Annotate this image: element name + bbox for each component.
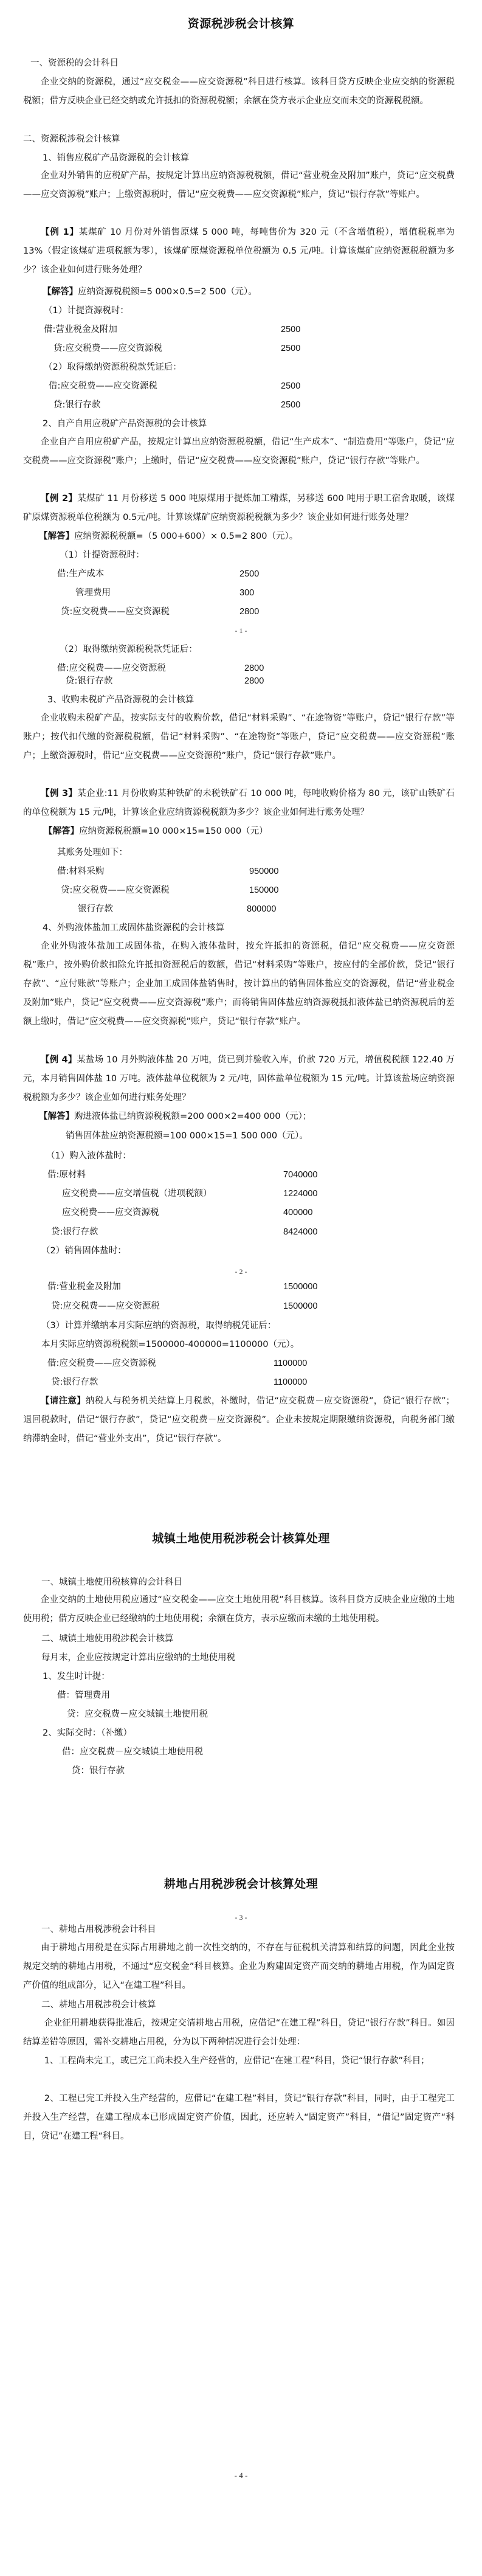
paragraph: 企业交纳的资源税，通过“应交税金——应交资源税”科目进行核算。该科目贷方反映企业… <box>23 73 455 111</box>
subsection-heading: 4、外购液体盐加工成固体盐资源税的会计核算 <box>43 922 224 934</box>
entry-amount: 1100000 <box>274 1357 307 1369</box>
step: （2）取得缴纳资源税税款凭证后： <box>44 361 182 373</box>
page-number: - 1 - <box>0 626 482 635</box>
answer: 【解答】应纳资源税税额=5 000×0.5=2 500（元）。 <box>43 286 257 298</box>
paragraph: 企业对外销售的应税矿产品，按规定计算出应纳资源税税额，借记“营业税金及附加”账户… <box>23 167 455 204</box>
answer-text: 应纳资源税税额=（5 000+600）× 0.5=2 800（元）。 <box>74 531 298 541</box>
paragraph: 企业征用耕地获得批准后，按规定交清耕地占用税，应借记“在建工程”科目，贷记“银行… <box>23 2014 455 2052</box>
paragraph: 企业外购液体盐加工成固体盐，在购入液体盐时，按允许抵扣的资源税，借记“应交税费—… <box>23 937 455 1031</box>
entry-account: 贷:应交税费——应交资源税 <box>51 1300 160 1312</box>
entry-account: 贷:应交税费——应交资源税 <box>61 606 170 618</box>
entry-amount: 2500 <box>239 568 259 580</box>
answer-text: 购进液体盐已纳资源税税额=200 000×2=400 000（元）； <box>74 1112 311 1121</box>
entry-account: 贷:应交税费——应交资源税 <box>61 884 170 896</box>
entry-amount: 2800 <box>244 662 264 674</box>
entry-account: 贷:银行存款 <box>51 1226 98 1238</box>
doc-title-land-use-tax: 城镇土地使用税涉税会计核算处理 <box>0 1529 482 1546</box>
entry-account: 贷：银行存款 <box>72 1765 125 1777</box>
entry-amount: 1224000 <box>283 1188 317 1200</box>
subsection-heading: 3、收购未税矿产品资源税的会计核算 <box>47 694 194 706</box>
section-heading: 二、资源税涉税会计核算 <box>23 133 120 145</box>
paragraph: 由于耕地占用税是在实际占用耕地之前一次性交纳的，不存在与征税机关清算和结算的问题… <box>23 1939 455 1995</box>
answer-label: 【解答】 <box>39 1112 74 1121</box>
paragraph: 企业收购未税矿产品，按实际支付的收购价款，借记“材料采购”、“在途物资”等账户，… <box>23 709 455 766</box>
answer-label: 【解答】 <box>39 531 74 541</box>
answer-label: 【解答】 <box>44 826 79 836</box>
entry-account: 应交税费——应交增值税（进项税额） <box>62 1188 212 1200</box>
page-number: - 2 - <box>0 1267 482 1276</box>
entry-amount: 8424000 <box>283 1226 317 1238</box>
entry-account: 借:营业税金及附加 <box>47 1281 121 1293</box>
entry-account: 贷:银行存款 <box>53 399 100 411</box>
entry-amount: 1500000 <box>283 1281 317 1293</box>
step: （1）计提资源税时： <box>60 549 145 561</box>
answer-text: 应纳资源税税额=5 000×0.5=2 500（元）。 <box>78 287 257 297</box>
entry-account: 借：管理费用 <box>57 1689 110 1702</box>
entry-amount: 7040000 <box>283 1169 317 1181</box>
list-item: 1、发生时计提： <box>43 1671 110 1683</box>
section-heading: 二、耕地占用税涉税会计核算 <box>41 1999 156 2011</box>
example-text: 某盐场 10 月外购液体盐 20 万吨，货已到并验收入库，价款 720 万元，增… <box>23 1055 455 1103</box>
calc: 本月实际应纳资源税税额=1500000-400000=1100000（元）。 <box>41 1338 299 1351</box>
example-4: 【例 4】某盐场 10 月外购液体盐 20 万吨，货已到并验收入库，价款 720… <box>23 1051 455 1107</box>
list-item: 1、工程尚未完工，或已完工尚未投入生产经营的，应借记“在建工程”科目，贷记“银行… <box>23 2052 455 2071</box>
entry-account: 贷:银行存款 <box>51 1376 98 1388</box>
entry-account: 贷:应交税费——应交资源税 <box>53 342 162 355</box>
section-heading: 一、资源税的会计科目 <box>30 57 119 69</box>
example-text: 某煤矿 10 月份对外销售原煤 5 000 吨，每吨售价为 320 元（不含增值… <box>23 227 455 275</box>
entry-amount: 2500 <box>281 342 300 355</box>
subsection-heading: 2、自产自用应税矿产品资源税的会计核算 <box>43 418 207 430</box>
entry-account: 借:材料采购 <box>57 865 104 878</box>
section-heading: 二、城镇土地使用税涉税会计核算 <box>41 1633 174 1645</box>
note-label: 【请注意】 <box>41 1396 86 1406</box>
example-label: 【例 3】 <box>41 789 77 798</box>
example-text: 某企业:11 月份收购某种铁矿的未税铁矿石 10 000 吨，每吨收购价格为 8… <box>23 789 455 817</box>
entry-amount: 2800 <box>244 675 264 687</box>
example-2: 【例 2】某煤矿 11 月份移送 5 000 吨原煤用于提炼加工精煤，另移送 6… <box>23 490 455 527</box>
section-heading: 一、城镇土地使用税核算的会计科目 <box>41 1576 182 1588</box>
entry-account: 应交税费——应交资源税 <box>62 1207 159 1219</box>
entry-account: 借:应交税费——应交资源税 <box>49 380 157 392</box>
entry-amount: 150000 <box>249 884 278 896</box>
list-item: 2、实际交时：（补缴） <box>43 1727 132 1739</box>
entry-account: 借:应交税费——应交资源税 <box>47 1357 156 1369</box>
step: 其账务处理如下： <box>57 847 128 859</box>
entry-account: 借：应交税费－应交城镇土地使用税 <box>62 1746 203 1758</box>
example-label: 【例 2】 <box>41 494 77 504</box>
entry-amount: 1100000 <box>274 1376 307 1388</box>
entry-amount: 1500000 <box>283 1300 317 1312</box>
paragraph: 企业自产自用应税矿产品，按规定计算出应纳资源税税额，借记“生产成本”、“制造费用… <box>23 433 455 471</box>
page-number: - 3 - <box>0 1913 482 1922</box>
step: （2）取得缴纳资源税税款凭证后： <box>60 643 198 656</box>
example-1: 【例 1】某煤矿 10 月份对外销售原煤 5 000 吨，每吨售价为 320 元… <box>23 223 455 280</box>
entry-account: 贷:银行存款 <box>66 675 112 687</box>
example-text: 某煤矿 11 月份移送 5 000 吨原煤用于提炼加工精煤，另移送 600 吨用… <box>23 494 455 522</box>
answer: 【解答】购进液体盐已纳资源税税额=200 000×2=400 000（元）； <box>39 1110 311 1123</box>
paragraph: 企业交纳的土地使用税应通过“应交税金——应交土地使用税”科目核算。该科目贷方反映… <box>23 1591 455 1629</box>
example-3: 【例 3】某企业:11 月份收购某种铁矿的未税铁矿石 10 000 吨，每吨收购… <box>23 784 455 822</box>
doc-title-farmland-tax: 耕地占用税涉税会计核算处理 <box>0 1875 482 1891</box>
entry-amount: 2800 <box>239 606 259 618</box>
entry-account: 借:营业税金及附加 <box>44 324 117 336</box>
step: （1）计提资源税时： <box>44 305 129 317</box>
subsection-heading: 1、销售应税矿产品资源税的会计核算 <box>43 152 189 164</box>
step: （2）销售固体盐时： <box>41 1245 126 1257</box>
answer: 【解答】应纳资源税税额=10 000×15=150 000（元） <box>44 825 268 837</box>
note: 【请注意】纳税人与税务机关结算上月税款，补缴时，借记“应交税费－应交资源税”，贷… <box>23 1392 455 1449</box>
entry-amount: 800000 <box>247 903 276 915</box>
entry-account: 借:生产成本 <box>57 568 104 580</box>
entry-amount: 2500 <box>281 324 300 336</box>
entry-amount: 400000 <box>283 1207 312 1219</box>
paragraph: 每月末，企业应按规定计算出应缴纳的土地使用税 <box>41 1652 235 1664</box>
answer: 【解答】应纳资源税税额=（5 000+600）× 0.5=2 800（元）。 <box>39 530 298 542</box>
note-text: 纳税人与税务机关结算上月税款，补缴时，借记“应交税费－应交资源税”，贷记“银行存… <box>23 1396 455 1444</box>
entry-amount: 2500 <box>281 399 300 411</box>
entry-amount: 950000 <box>249 865 278 878</box>
entry-account: 管理费用 <box>75 587 111 599</box>
entry-amount: 2500 <box>281 380 300 392</box>
step: （3）计算并缴纳本月实际应纳的资源税，取得纳税凭证后： <box>41 1320 276 1332</box>
section-heading: 一、耕地占用税涉税会计科目 <box>41 1923 156 1936</box>
answer-label: 【解答】 <box>43 287 78 297</box>
entry-account: 银行存款 <box>78 903 113 915</box>
example-label: 【例 1】 <box>41 227 79 237</box>
answer-text: 应纳资源税税额=10 000×15=150 000（元） <box>79 826 268 836</box>
page-number: - 4 - <box>0 2471 482 2481</box>
entry-account: 借:原材料 <box>47 1169 86 1181</box>
answer-text: 销售固体盐应纳资源税额=100 000×15=1 500 000（元）。 <box>66 1130 308 1142</box>
entry-amount: 300 <box>239 587 254 599</box>
step: （1）购入液体盐时： <box>46 1150 131 1162</box>
list-item: 2、工程已完工并投入生产经营的，应借记“在建工程”科目，贷记“银行存款”科目，同… <box>23 2090 455 2146</box>
example-label: 【例 4】 <box>41 1055 77 1065</box>
entry-account: 贷：应交税费－应交城镇土地使用税 <box>67 1708 208 1720</box>
doc-title-resource-tax: 资源税涉税会计核算 <box>0 15 482 31</box>
entry-account: 借:应交税费——应交资源税 <box>57 662 166 674</box>
